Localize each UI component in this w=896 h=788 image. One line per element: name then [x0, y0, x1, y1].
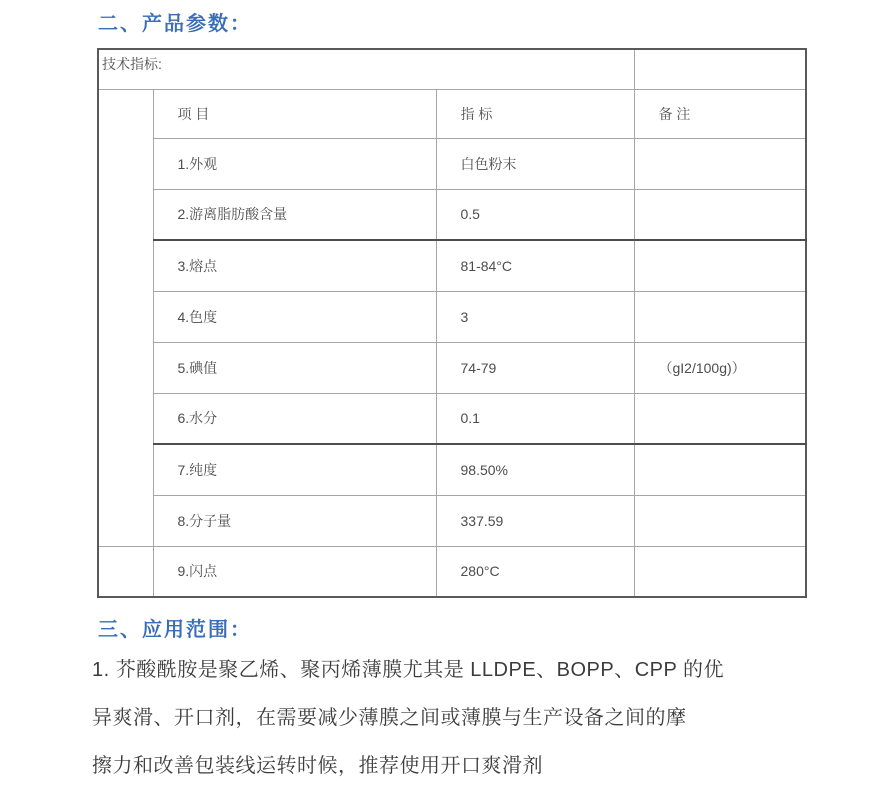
- table-row: 1.外观白色粉末: [98, 138, 806, 189]
- column-header-note: 备 注: [634, 89, 806, 138]
- table-header-row: 项 目指 标备 注: [98, 89, 806, 138]
- row-note-value: [634, 291, 806, 342]
- table-row: 8.分子量337.59: [98, 495, 806, 546]
- application-paragraph: 1. 芥酸酰胺是聚乙烯、聚丙烯薄膜尤其是 LLDPE、BOPP、CPP 的优异爽…: [92, 646, 792, 788]
- section-heading-parameters: 二、产品参数：: [98, 7, 252, 36]
- table-row: 7.纯度98.50%: [98, 444, 806, 495]
- row-item-label: 1.外观: [153, 138, 436, 189]
- paragraph-line: 异爽滑、开口剂，在需要减少薄膜之间或薄膜与生产设备之间的摩: [92, 694, 792, 742]
- row-spec-value: 280°C: [436, 546, 634, 597]
- table-row: 4.色度3: [98, 291, 806, 342]
- table-row: 3.熔点81-84°C: [98, 240, 806, 291]
- paragraph-line: 1. 芥酸酰胺是聚乙烯、聚丙烯薄膜尤其是 LLDPE、BOPP、CPP 的优: [92, 646, 792, 694]
- table-side-cell-last: [98, 546, 153, 597]
- table-caption: 技术指标:: [98, 49, 634, 89]
- row-spec-value: 0.1: [436, 393, 634, 444]
- row-item-label: 4.色度: [153, 291, 436, 342]
- column-header-item: 项 目: [153, 89, 436, 138]
- table-row: 2.游离脂肪酸含量0.5: [98, 189, 806, 240]
- table-side-merged-cell: [98, 89, 153, 546]
- row-item-label: 7.纯度: [153, 444, 436, 495]
- table-row: 6.水分0.1: [98, 393, 806, 444]
- row-note-value: [634, 189, 806, 240]
- row-item-label: 3.熔点: [153, 240, 436, 291]
- column-header-spec: 指 标: [436, 89, 634, 138]
- spec-table-body: 技术指标:项 目指 标备 注1.外观白色粉末2.游离脂肪酸含量0.53.熔点81…: [98, 49, 806, 597]
- row-item-label: 2.游离脂肪酸含量: [153, 189, 436, 240]
- section-heading-application: 三、应用范围：: [98, 613, 252, 642]
- row-note-value: [634, 444, 806, 495]
- row-item-label: 5.碘值: [153, 342, 436, 393]
- row-item-label: 9.闪点: [153, 546, 436, 597]
- row-spec-value: 0.5: [436, 189, 634, 240]
- document-page: 二、产品参数： 技术指标:项 目指 标备 注1.外观白色粉末2.游离脂肪酸含量0…: [0, 0, 896, 788]
- row-note-value: [634, 393, 806, 444]
- row-note-value: （gI2/100g)）: [634, 342, 806, 393]
- table-caption-row: 技术指标:: [98, 49, 806, 89]
- row-note-value: [634, 138, 806, 189]
- row-item-label: 6.水分: [153, 393, 436, 444]
- table-row: 9.闪点280°C: [98, 546, 806, 597]
- paragraph-line: 擦力和改善包装线运转时候，推荐使用开口爽滑剂: [92, 742, 792, 788]
- row-spec-value: 81-84°C: [436, 240, 634, 291]
- row-note-value: [634, 546, 806, 597]
- row-note-value: [634, 240, 806, 291]
- row-spec-value: 3: [436, 291, 634, 342]
- table-row: 5.碘值74-79（gI2/100g)）: [98, 342, 806, 393]
- row-spec-value: 白色粉末: [436, 138, 634, 189]
- row-spec-value: 74-79: [436, 342, 634, 393]
- row-spec-value: 98.50%: [436, 444, 634, 495]
- table-caption-side-cell: [634, 49, 806, 89]
- row-item-label: 8.分子量: [153, 495, 436, 546]
- row-spec-value: 337.59: [436, 495, 634, 546]
- spec-table: 技术指标:项 目指 标备 注1.外观白色粉末2.游离脂肪酸含量0.53.熔点81…: [97, 48, 807, 598]
- row-note-value: [634, 495, 806, 546]
